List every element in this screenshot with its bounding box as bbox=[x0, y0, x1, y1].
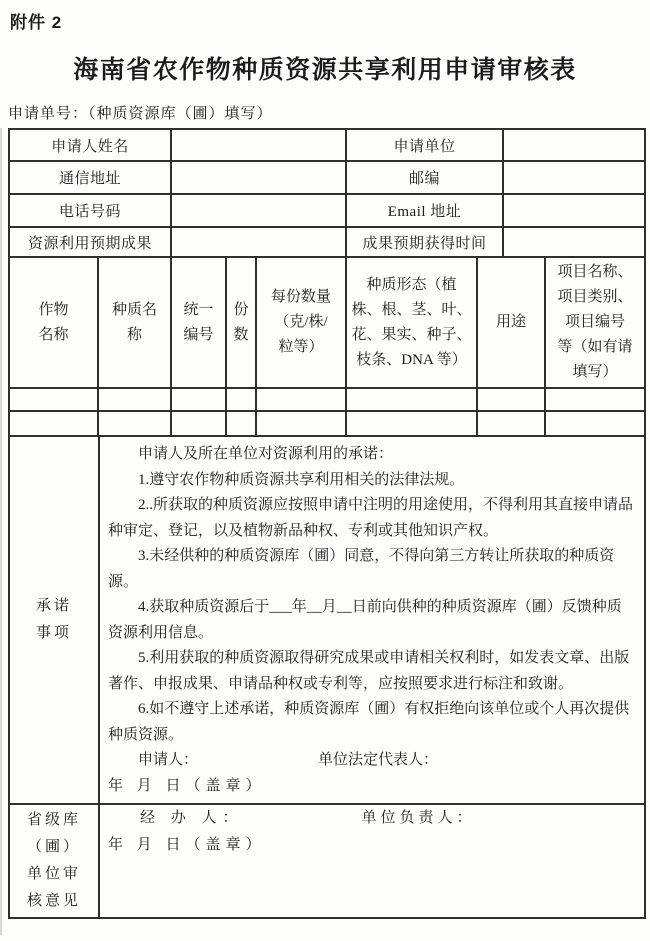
project-info-header: 项目名称、 项目类别、 项目编号 等（如有请 填写） bbox=[545, 257, 645, 388]
empty-cell bbox=[256, 388, 346, 411]
empty-data-row bbox=[9, 388, 645, 411]
commitment-item-4: 4.获取种质资源后于___年__月__日前向供种的种质资源库（圃）反馈种质资源利… bbox=[108, 595, 636, 646]
empty-cell bbox=[171, 411, 226, 436]
provincial-review-table: 省级库 （圃） 单位审 核意见 经 办 人：单位负责人： 年 月 日（盖章） bbox=[8, 803, 646, 919]
portions-header: 份 数 bbox=[226, 257, 256, 388]
empty-data-row bbox=[9, 411, 645, 436]
table-row: 电话号码 Email 地址 bbox=[9, 194, 645, 227]
expected-results-value-cell bbox=[171, 227, 346, 257]
handler-signature-label: 经 办 人： bbox=[140, 810, 244, 826]
commitment-intro: 申请人及所在单位对资源利用的承诺： bbox=[108, 442, 636, 468]
postcode-label: 邮编 bbox=[346, 161, 503, 194]
germplasm-header-row: 作物 名称 种质名 称 统一 编号 份 数 每份数量 （克/株/ 粒等） 种质形… bbox=[9, 257, 645, 388]
scanned-form-page: 附件 2 海南省农作物种质资源共享利用申请审核表 申请单号：（种质资源库（圃）填… bbox=[0, 0, 650, 941]
empty-cell bbox=[226, 411, 256, 436]
empty-cell bbox=[346, 411, 477, 436]
commitment-item-1: 1.遵守农作物种质资源共享利用相关的法律法规。 bbox=[108, 468, 636, 494]
expected-time-label: 成果预期获得时间 bbox=[346, 227, 503, 257]
scan-edge-artifact bbox=[0, 128, 2, 935]
postcode-value-cell bbox=[503, 161, 645, 194]
empty-cell bbox=[171, 388, 226, 411]
email-address-value-cell bbox=[503, 194, 645, 227]
attachment-label: 附件 2 bbox=[10, 8, 62, 33]
empty-cell bbox=[226, 388, 256, 411]
review-content-cell: 经 办 人：单位负责人： 年 月 日（盖章） bbox=[99, 804, 645, 918]
table-row: 申请人姓名 申请单位 bbox=[9, 129, 645, 161]
mailing-address-value-cell bbox=[171, 161, 346, 194]
empty-cell bbox=[545, 388, 645, 411]
commitment-date-seal-line: 年 月 日（盖章） bbox=[108, 774, 636, 800]
empty-cell bbox=[545, 411, 645, 436]
commitment-item-6: 6.如不遵守上述承诺，种质资源库（圃）有权拒绝向该单位或个人再次提供种质资源。 bbox=[108, 697, 636, 748]
applicant-unit-value-cell bbox=[503, 129, 645, 161]
review-row-label: 省级库 （圃） 单位审 核意见 bbox=[9, 804, 99, 918]
applicant-unit-label: 申请单位 bbox=[346, 129, 503, 161]
commitment-content-cell: 申请人及所在单位对资源利用的承诺： 1.遵守农作物种质资源共享利用相关的法律法规… bbox=[99, 436, 645, 804]
germplasm-name-header: 种质名 称 bbox=[98, 257, 171, 388]
commitment-signature-line: 申请人：单位法定代表人： bbox=[108, 748, 636, 774]
table-row: 资源利用预期成果 成果预期获得时间 bbox=[9, 227, 645, 257]
commitment-table: 承诺 事项 申请人及所在单位对资源利用的承诺： 1.遵守农作物种质资源共享利用相… bbox=[8, 435, 646, 805]
germplasm-form-header: 种质形态（植 株、根、茎、叶、 花、果实、种子、 枝条、DNA 等） bbox=[346, 257, 477, 388]
germplasm-list-table: 作物 名称 种质名 称 统一 编号 份 数 每份数量 （克/株/ 粒等） 种质形… bbox=[8, 256, 646, 437]
table-row: 通信地址 邮编 bbox=[9, 161, 645, 194]
commitment-item-5: 5.利用获取的种质资源取得研究成果或申请相关权利时，如发表文章、出版著作、申报成… bbox=[108, 646, 636, 697]
empty-cell bbox=[9, 411, 98, 436]
applicant-signature-label: 申请人： bbox=[138, 752, 198, 768]
empty-cell bbox=[9, 388, 98, 411]
empty-cell bbox=[98, 411, 171, 436]
commitment-row-label: 承诺 事项 bbox=[9, 436, 99, 804]
empty-cell bbox=[98, 388, 171, 411]
form-title: 海南省农作物种质资源共享利用申请审核表 bbox=[0, 50, 650, 86]
application-number-note: 申请单号：（种质资源库（圃）填写） bbox=[8, 102, 273, 123]
review-signature-line: 经 办 人：单位负责人： bbox=[108, 805, 636, 832]
empty-cell bbox=[256, 411, 346, 436]
quantity-per-portion-header: 每份数量 （克/株/ 粒等） bbox=[256, 257, 346, 388]
crop-name-header: 作物 名称 bbox=[9, 257, 98, 388]
phone-number-label: 电话号码 bbox=[9, 194, 171, 227]
commitment-row: 承诺 事项 申请人及所在单位对资源利用的承诺： 1.遵守农作物种质资源共享利用相… bbox=[9, 436, 645, 804]
expected-time-value-cell bbox=[503, 227, 645, 257]
empty-cell bbox=[477, 388, 545, 411]
commitment-item-3: 3.未经供种的种质资源库（圃）同意，不得向第三方转让所获取的种质资源。 bbox=[108, 544, 636, 595]
unified-number-header: 统一 编号 bbox=[171, 257, 226, 388]
review-date-seal-line: 年 月 日（盖章） bbox=[108, 832, 636, 859]
applicant-name-value-cell bbox=[171, 129, 346, 161]
usage-header: 用途 bbox=[477, 257, 545, 388]
form-table-area: 申请人姓名 申请单位 通信地址 邮编 电话号码 Email 地址 资源利用预期成… bbox=[8, 128, 644, 919]
applicant-name-label: 申请人姓名 bbox=[9, 129, 171, 161]
email-address-label: Email 地址 bbox=[346, 194, 503, 227]
mailing-address-label: 通信地址 bbox=[9, 161, 171, 194]
expected-results-label: 资源利用预期成果 bbox=[9, 227, 171, 257]
review-row: 省级库 （圃） 单位审 核意见 经 办 人：单位负责人： 年 月 日（盖章） bbox=[9, 804, 645, 918]
empty-cell bbox=[477, 411, 545, 436]
commitment-item-2: 2..所获取的种质资源应按照申请中注明的用途使用，不得利用其直接申请品种审定、登… bbox=[108, 493, 636, 544]
unit-head-signature-label: 单位负责人： bbox=[362, 810, 476, 826]
empty-cell bbox=[346, 388, 477, 411]
phone-number-value-cell bbox=[171, 194, 346, 227]
applicant-info-table: 申请人姓名 申请单位 通信地址 邮编 电话号码 Email 地址 资源利用预期成… bbox=[8, 128, 646, 258]
legal-representative-label: 单位法定代表人： bbox=[318, 752, 438, 768]
